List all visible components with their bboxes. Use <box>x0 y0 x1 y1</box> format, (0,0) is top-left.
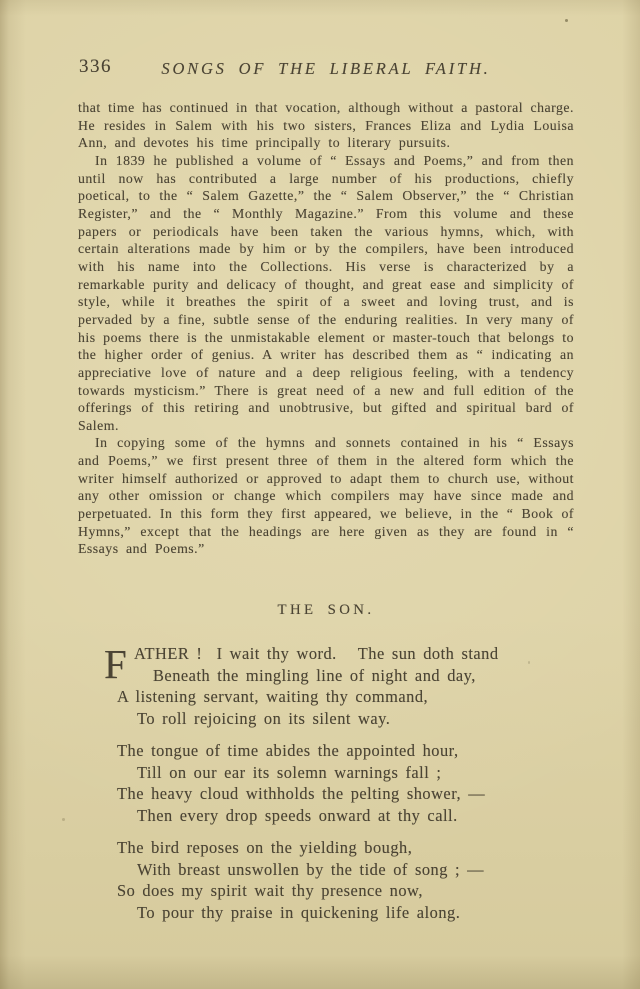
poem-stanza-2: The tongue of time abides the appointed … <box>117 740 499 826</box>
page-number: 336 <box>79 56 112 78</box>
poem-line: To pour thy praise in quickening life al… <box>137 902 499 924</box>
poem-line: With breast unswollen by the tide of son… <box>137 859 499 881</box>
scan-speck <box>565 19 568 22</box>
book-page-scan: 336 SONGS OF THE LIBERAL FAITH. that tim… <box>0 0 640 989</box>
biography-paragraph-3: In copying some of the hymns and sonnets… <box>78 434 574 558</box>
poem-line: A listening servant, waiting thy command… <box>117 686 499 708</box>
biography-paragraph-2: In 1839 he published a volume of “ Essay… <box>78 152 574 435</box>
poem-line: Then every drop speeds onward at thy cal… <box>137 805 499 827</box>
biography-text: that time has continued in that vocation… <box>78 99 574 558</box>
poem-stanza-1: F ATHER ! I wait thy word. The sun doth … <box>117 643 499 729</box>
poem-line: The tongue of time abides the appointed … <box>117 740 499 762</box>
poem-line: Till on our ear its solemn warnings fall… <box>137 762 499 784</box>
scan-speck <box>62 818 65 821</box>
poem-line: So does my spirit wait thy presence now, <box>117 880 499 902</box>
poem: F ATHER ! I wait thy word. The sun doth … <box>117 643 499 934</box>
poem-line: Beneath the mingling line of night and d… <box>153 665 499 687</box>
biography-paragraph-1: that time has continued in that vocation… <box>78 99 574 152</box>
poem-line: To roll rejoicing on its silent way. <box>137 708 499 730</box>
poem-line: The heavy cloud withholds the pelting sh… <box>117 783 499 805</box>
poem-title: THE SON. <box>78 602 574 619</box>
poem-line: The bird reposes on the yielding bough, <box>117 837 499 859</box>
scan-speck <box>528 661 530 664</box>
running-title: SONGS OF THE LIBERAL FAITH. <box>161 59 490 79</box>
poem-stanza-3: The bird reposes on the yielding bough, … <box>117 837 499 923</box>
drop-cap: F <box>104 645 127 683</box>
poem-line: ATHER ! I wait thy word. The sun doth st… <box>134 643 499 665</box>
running-head: 336 SONGS OF THE LIBERAL FAITH. <box>78 56 574 84</box>
